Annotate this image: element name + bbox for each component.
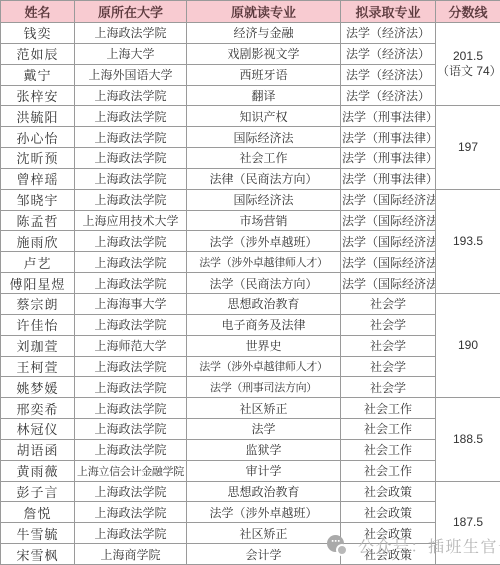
column-header: 分数线 (436, 1, 500, 23)
admit-major-cell: 法学（经济法） (341, 43, 436, 64)
name-cell: 邢奕希 (1, 398, 75, 419)
column-header: 姓名 (1, 1, 75, 23)
original-major-cell: 法律（民商法方向） (187, 168, 341, 189)
university-cell: 上海政法学院 (75, 189, 187, 210)
name-cell: 詹悦 (1, 502, 75, 523)
admit-major-cell: 社会学 (341, 377, 436, 398)
university-cell: 上海应用技术大学 (75, 210, 187, 231)
university-cell: 上海政法学院 (75, 273, 187, 294)
table-row: 蔡宗朗上海海事大学思想政治教育社会学190 (1, 293, 500, 314)
original-major-cell: 法学（刑事司法方向） (187, 377, 341, 398)
university-cell: 上海政法学院 (75, 85, 187, 106)
column-header: 原就读专业 (187, 1, 341, 23)
admit-major-cell: 法学（国际经济法） (341, 252, 436, 273)
table-row: 钱奕上海政法学院经济与金融法学（经济法）201.5（语文 74） (1, 23, 500, 44)
table-row: 戴宁上海外国语大学西班牙语法学（经济法） (1, 64, 500, 85)
university-cell: 上海政法学院 (75, 439, 187, 460)
score-line-cell: 193.5 (436, 189, 500, 293)
original-major-cell: 社区矫正 (187, 398, 341, 419)
original-major-cell: 世界史 (187, 335, 341, 356)
admit-major-cell: 社会学 (341, 335, 436, 356)
table-body: 钱奕上海政法学院经济与金融法学（经济法）201.5（语文 74）范如辰上海大学戏… (1, 23, 500, 565)
table-row: 范如辰上海大学戏剧影视文学法学（经济法） (1, 43, 500, 64)
table-row: 彭子言上海政法学院思想政治教育社会政策187.5 (1, 481, 500, 502)
university-cell: 上海政法学院 (75, 523, 187, 544)
name-cell: 牛雪毓 (1, 523, 75, 544)
original-major-cell: 知识产权 (187, 106, 341, 127)
admit-major-cell: 社会工作 (341, 419, 436, 440)
university-cell: 上海政法学院 (75, 168, 187, 189)
table-row: 牛雪毓上海政法学院社区矫正社会政策 (1, 523, 500, 544)
admit-major-cell: 社会工作 (341, 439, 436, 460)
name-cell: 戴宁 (1, 64, 75, 85)
name-cell: 彭子言 (1, 481, 75, 502)
table-row: 许佳怡上海政法学院电子商务及法律社会学 (1, 314, 500, 335)
university-cell: 上海政法学院 (75, 231, 187, 252)
table-row: 王柯萱上海政法学院法学（涉外卓越律师人才）社会学 (1, 356, 500, 377)
name-cell: 蔡宗朗 (1, 293, 75, 314)
table-row: 胡语函上海政法学院监狱学社会工作 (1, 439, 500, 460)
admit-major-cell: 社会工作 (341, 460, 436, 481)
admit-major-cell: 法学（刑事法律） (341, 106, 436, 127)
original-major-cell: 社区矫正 (187, 523, 341, 544)
admit-major-cell: 法学（刑事法律） (341, 148, 436, 169)
original-major-cell: 审计学 (187, 460, 341, 481)
header-row: 姓名原所在大学原就读专业拟录取专业分数线 (1, 1, 500, 23)
original-major-cell: 国际经济法 (187, 127, 341, 148)
name-cell: 陈孟哲 (1, 210, 75, 231)
score-line-cell: 187.5 (436, 481, 500, 564)
original-major-cell: 法学（涉外卓越班） (187, 231, 341, 252)
name-cell: 沈昕预 (1, 148, 75, 169)
original-major-cell: 监狱学 (187, 439, 341, 460)
admit-major-cell: 法学（经济法） (341, 64, 436, 85)
name-cell: 黄雨薇 (1, 460, 75, 481)
score-line-text: 197 (437, 140, 499, 156)
score-line-text: 188.5 (437, 432, 499, 448)
score-line-text: （语文 74） (437, 64, 499, 80)
name-cell: 邹晓宇 (1, 189, 75, 210)
score-line-text: 193.5 (437, 234, 499, 250)
table-row: 宋雪枫上海商学院会计学社会政策 (1, 544, 500, 565)
table-row: 詹悦上海政法学院法学（涉外卓越班）社会政策 (1, 502, 500, 523)
university-cell: 上海商学院 (75, 544, 187, 565)
table-row: 黄雨薇上海立信会计金融学院审计学社会工作 (1, 460, 500, 481)
admit-major-cell: 法学（刑事法律） (341, 127, 436, 148)
university-cell: 上海师范大学 (75, 335, 187, 356)
table-row: 姚梦媛上海政法学院法学（刑事司法方向）社会学 (1, 377, 500, 398)
table-row: 洪毓阳上海政法学院知识产权法学（刑事法律）197 (1, 106, 500, 127)
column-header: 原所在大学 (75, 1, 187, 23)
table-row: 卢艺上海政法学院法学（涉外卓越律师人才）法学（国际经济法） (1, 252, 500, 273)
score-line-cell: 201.5（语文 74） (436, 23, 500, 106)
table-row: 邢奕希上海政法学院社区矫正社会工作188.5 (1, 398, 500, 419)
name-cell: 范如辰 (1, 43, 75, 64)
university-cell: 上海政法学院 (75, 127, 187, 148)
score-line-cell: 190 (436, 293, 500, 397)
university-cell: 上海政法学院 (75, 502, 187, 523)
name-cell: 曾梓瑶 (1, 168, 75, 189)
university-cell: 上海海事大学 (75, 293, 187, 314)
name-cell: 刘珈萱 (1, 335, 75, 356)
original-major-cell: 法学（民商法方向） (187, 273, 341, 294)
original-major-cell: 经济与金融 (187, 23, 341, 44)
score-line-text: 201.5 (437, 49, 499, 65)
original-major-cell: 社会工作 (187, 148, 341, 169)
column-header: 拟录取专业 (341, 1, 436, 23)
admit-major-cell: 社会工作 (341, 398, 436, 419)
admit-major-cell: 社会学 (341, 356, 436, 377)
admit-major-cell: 法学（国际经济法） (341, 210, 436, 231)
name-cell: 傅阳星煜 (1, 273, 75, 294)
university-cell: 上海政法学院 (75, 419, 187, 440)
name-cell: 张梓安 (1, 85, 75, 106)
university-cell: 上海政法学院 (75, 106, 187, 127)
original-major-cell: 法学（涉外卓越律师人才） (187, 356, 341, 377)
admit-major-cell: 社会政策 (341, 502, 436, 523)
university-cell: 上海立信会计金融学院 (75, 460, 187, 481)
original-major-cell: 电子商务及法律 (187, 314, 341, 335)
name-cell: 王柯萱 (1, 356, 75, 377)
university-cell: 上海政法学院 (75, 356, 187, 377)
table-row: 施雨欣上海政法学院法学（涉外卓越班）法学（国际经济法） (1, 231, 500, 252)
admission-results-table: 姓名原所在大学原就读专业拟录取专业分数线 钱奕上海政法学院经济与金融法学（经济法… (0, 0, 500, 565)
university-cell: 上海政法学院 (75, 252, 187, 273)
name-cell: 钱奕 (1, 23, 75, 44)
name-cell: 许佳怡 (1, 314, 75, 335)
table-row: 张梓安上海政法学院翻译法学（经济法） (1, 85, 500, 106)
table-row: 曾梓瑶上海政法学院法律（民商法方向）法学（刑事法律） (1, 168, 500, 189)
table-row: 沈昕预上海政法学院社会工作法学（刑事法律） (1, 148, 500, 169)
university-cell: 上海外国语大学 (75, 64, 187, 85)
admit-major-cell: 法学（经济法） (341, 23, 436, 44)
name-cell: 姚梦媛 (1, 377, 75, 398)
name-cell: 胡语函 (1, 439, 75, 460)
name-cell: 孙心怡 (1, 127, 75, 148)
table-row: 傅阳星煜上海政法学院法学（民商法方向）法学（国际经济法） (1, 273, 500, 294)
table-row: 刘珈萱上海师范大学世界史社会学 (1, 335, 500, 356)
admit-major-cell: 社会学 (341, 293, 436, 314)
score-line-text: 190 (437, 338, 499, 354)
table-row: 林冠仪上海政法学院法学社会工作 (1, 419, 500, 440)
university-cell: 上海大学 (75, 43, 187, 64)
original-major-cell: 翻译 (187, 85, 341, 106)
university-cell: 上海政法学院 (75, 148, 187, 169)
original-major-cell: 国际经济法 (187, 189, 341, 210)
admit-major-cell: 法学（国际经济法） (341, 231, 436, 252)
admit-major-cell: 社会政策 (341, 481, 436, 502)
name-cell: 卢艺 (1, 252, 75, 273)
university-cell: 上海政法学院 (75, 481, 187, 502)
admit-major-cell: 法学（国际经济法） (341, 189, 436, 210)
name-cell: 洪毓阳 (1, 106, 75, 127)
original-major-cell: 思想政治教育 (187, 293, 341, 314)
original-major-cell: 法学（涉外卓越班） (187, 502, 341, 523)
original-major-cell: 会计学 (187, 544, 341, 565)
original-major-cell: 市场营销 (187, 210, 341, 231)
admit-major-cell: 社会学 (341, 314, 436, 335)
name-cell: 林冠仪 (1, 419, 75, 440)
table-row: 陈孟哲上海应用技术大学市场营销法学（国际经济法） (1, 210, 500, 231)
original-major-cell: 西班牙语 (187, 64, 341, 85)
admit-major-cell: 法学（刑事法律） (341, 168, 436, 189)
original-major-cell: 思想政治教育 (187, 481, 341, 502)
admit-major-cell: 社会政策 (341, 523, 436, 544)
original-major-cell: 法学（涉外卓越律师人才） (187, 252, 341, 273)
table-row: 孙心怡上海政法学院国际经济法法学（刑事法律） (1, 127, 500, 148)
university-cell: 上海政法学院 (75, 377, 187, 398)
admit-major-cell: 社会政策 (341, 544, 436, 565)
name-cell: 施雨欣 (1, 231, 75, 252)
university-cell: 上海政法学院 (75, 398, 187, 419)
admit-major-cell: 法学（经济法） (341, 85, 436, 106)
score-line-text: 187.5 (437, 515, 499, 531)
table-row: 邹晓宇上海政法学院国际经济法法学（国际经济法）193.5 (1, 189, 500, 210)
original-major-cell: 戏剧影视文学 (187, 43, 341, 64)
university-cell: 上海政法学院 (75, 23, 187, 44)
name-cell: 宋雪枫 (1, 544, 75, 565)
score-line-cell: 197 (436, 106, 500, 189)
original-major-cell: 法学 (187, 419, 341, 440)
admit-major-cell: 法学（国际经济法） (341, 273, 436, 294)
score-line-cell: 188.5 (436, 398, 500, 481)
university-cell: 上海政法学院 (75, 314, 187, 335)
